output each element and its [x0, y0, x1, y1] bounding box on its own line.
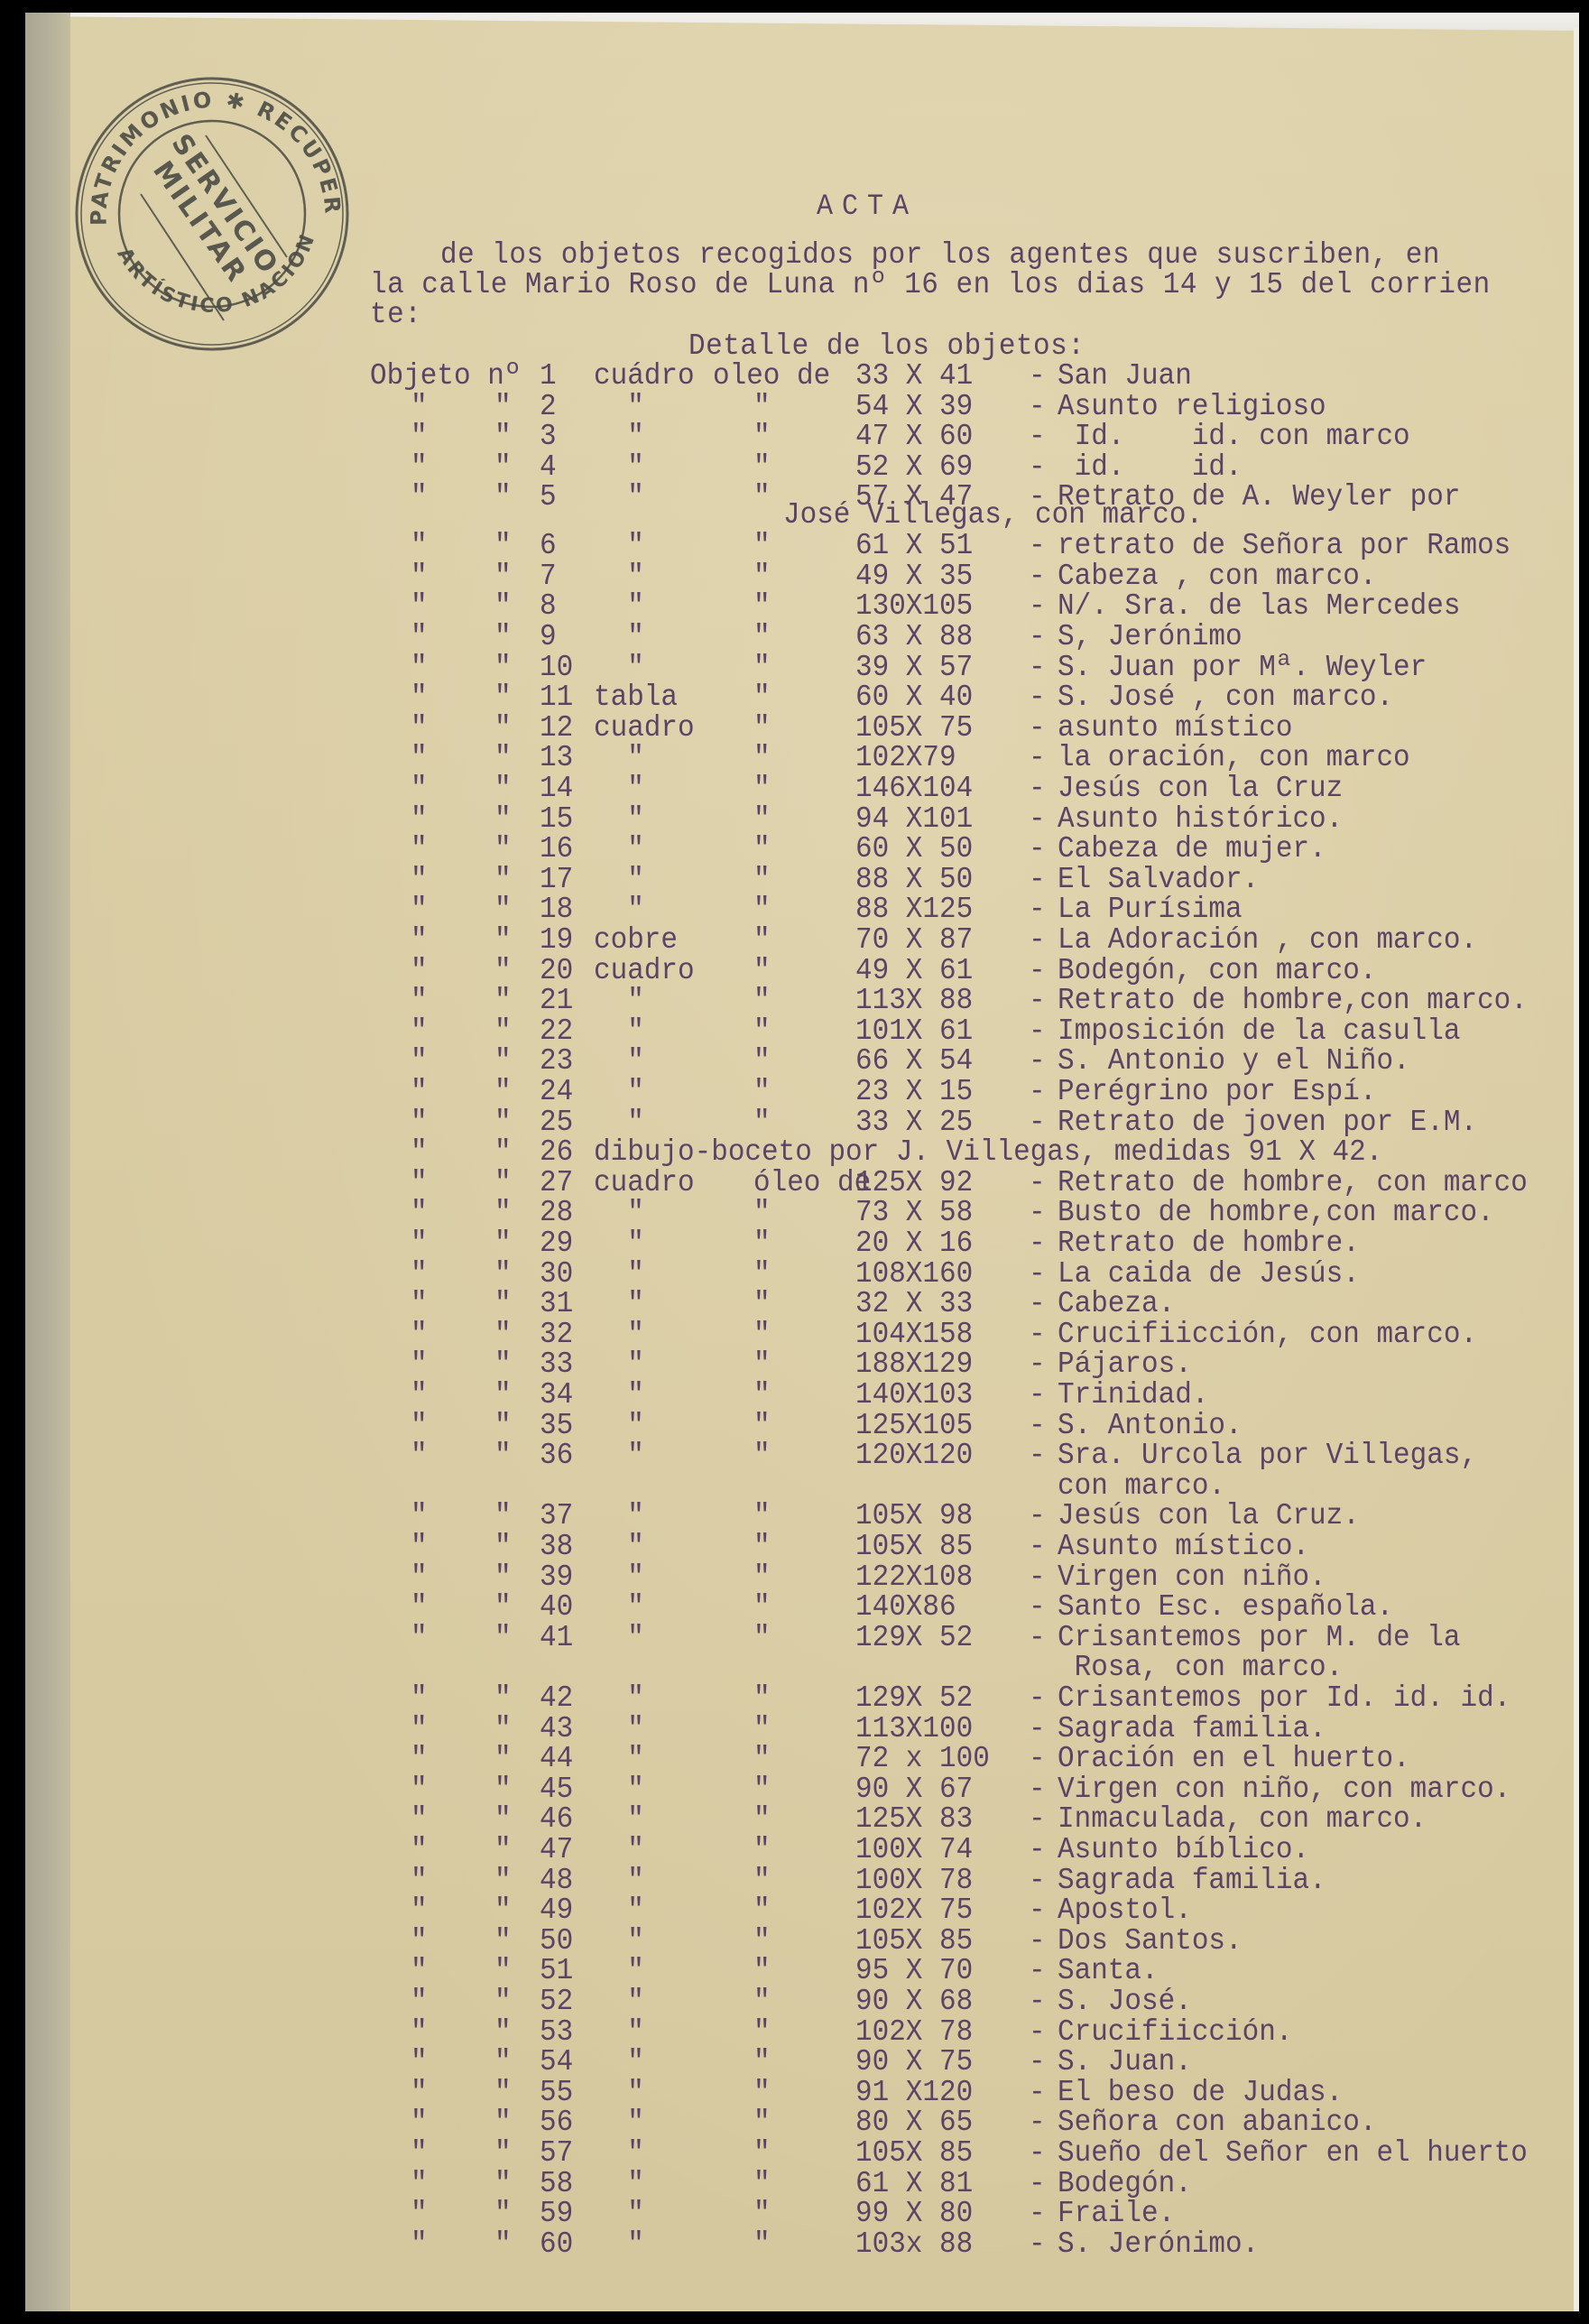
ditto-mark: " [411, 1379, 428, 1412]
item-dimensions: 125X 92 [855, 1167, 973, 1199]
item-description: Perégrino por Espí. [1058, 1076, 1376, 1108]
item-number: 1 [540, 360, 557, 393]
item-description: S. José. [1058, 1986, 1192, 2018]
ditto-mark: " [411, 590, 428, 623]
document-title: ACTA [817, 191, 918, 224]
ditto-mark: " [411, 2046, 428, 2079]
item-description: Cabeza. [1058, 1288, 1175, 1320]
ditto-mark: " [494, 2228, 512, 2261]
item-dimensions: 104X158 [855, 1319, 973, 1351]
ditto-mark: " [411, 1986, 428, 2018]
dash-separator: - [1029, 803, 1046, 836]
ditto-mark: " [411, 1348, 428, 1381]
item-type: " [594, 1379, 644, 1412]
item-description: S. Jerónimo. [1058, 2228, 1259, 2261]
ditto-mark: " [411, 773, 428, 805]
item-number: 44 [540, 1743, 573, 1775]
item-medium: " [753, 1348, 771, 1381]
ditto-mark: " [411, 560, 428, 593]
ditto-mark: " [411, 2137, 428, 2170]
item-medium: " [753, 1834, 771, 1866]
dash-separator: - [1029, 1531, 1046, 1563]
item-description-continuation: Rosa, con marco. [1058, 1652, 1343, 1684]
ditto-mark: " [494, 1622, 512, 1654]
item-medium: " [753, 742, 771, 774]
item-number: 4 [540, 451, 557, 484]
item-type: " [594, 773, 644, 805]
ditto-mark: " [411, 985, 428, 1017]
dash-separator: - [1029, 1622, 1046, 1654]
item-number: 14 [540, 773, 573, 805]
ditto-mark: " [494, 1803, 512, 1836]
item-medium: " [753, 1106, 771, 1139]
item-dimensions: 49 X 61 [855, 955, 973, 987]
item-dimensions: 125X 83 [855, 1803, 973, 1836]
ditto-mark: " [411, 1865, 428, 1897]
ditto-mark: " [494, 833, 512, 866]
item-description: Busto de hombre,con marco. [1058, 1197, 1494, 1229]
ditto-mark: " [494, 621, 512, 653]
ditto-mark: " [411, 1834, 428, 1866]
item-type: cuadro [594, 1167, 695, 1199]
ditto-mark: " [411, 833, 428, 866]
item-type: " [594, 1440, 644, 1472]
item-description: N/. Sra. de las Mercedes [1058, 590, 1460, 623]
list-item: ""42 ""129X 52-Crisantemos por Id. id. i… [0, 1682, 1589, 1713]
item-type: cuádro [594, 360, 695, 393]
item-dimensions: 94 X101 [855, 803, 973, 836]
dash-separator: - [1029, 1682, 1046, 1715]
dash-separator: - [1029, 590, 1046, 623]
item-description: Crucifiicción, con marco. [1058, 1319, 1477, 1351]
dash-separator: - [1029, 1197, 1046, 1229]
item-type: " [594, 1500, 644, 1532]
item-medium: " [753, 864, 771, 896]
dash-separator: - [1029, 360, 1046, 393]
item-number: 26 [540, 1136, 573, 1169]
item-description: Retrato de joven por E.M. [1058, 1106, 1477, 1139]
item-type: " [594, 1743, 644, 1775]
item-type: " [594, 1622, 644, 1654]
item-type: " [594, 833, 644, 866]
ditto-mark: " [411, 712, 428, 745]
ditto-mark: " [494, 421, 512, 453]
intro-line-3: te: [370, 299, 421, 331]
item-type: " [594, 1682, 644, 1715]
item-medium: " [753, 1622, 771, 1654]
item-description: retrato de Señora por Ramos [1058, 530, 1510, 562]
item-full-description: dibujo-boceto por J. Villegas, medidas 9… [594, 1136, 1382, 1169]
item-description: Santo Esc. española. [1058, 1591, 1393, 1624]
item-description: S. Antonio y el Niño. [1058, 1045, 1410, 1078]
ditto-mark: " [411, 451, 428, 484]
item-medium: " [753, 451, 771, 484]
item-number: 36 [540, 1440, 573, 1472]
item-medium: " [753, 1440, 771, 1472]
item-type: cuadro [594, 712, 695, 745]
ditto-mark: " [411, 1136, 428, 1169]
item-description: Cabeza de mujer. [1058, 833, 1326, 866]
dash-separator: - [1029, 773, 1046, 805]
item-dimensions: 105X 85 [855, 2137, 973, 2170]
ditto-mark: " [411, 1106, 428, 1139]
item-type: " [594, 451, 644, 484]
item-number: 60 [540, 2228, 573, 2261]
item-type: " [594, 1076, 644, 1108]
list-item: ""10 ""39 X 57-S. Juan por Mª. Weyler [0, 652, 1589, 682]
list-item: ""55 ""91 X120-El beso de Judas. [0, 2077, 1589, 2107]
list-item: ""25 ""33 X 25-Retrato de joven por E.M. [0, 1106, 1589, 1137]
item-number: 11 [540, 681, 573, 714]
item-description: la oración, con marco [1058, 742, 1410, 774]
dash-separator: - [1029, 1986, 1046, 2018]
item-dimensions: 122X108 [855, 1561, 973, 1594]
item-dimensions: 100X 74 [855, 1834, 973, 1866]
item-type: " [594, 1531, 644, 1563]
list-item: ""14 ""146X104-Jesús con la Cruz [0, 773, 1589, 803]
item-medium: " [753, 1591, 771, 1624]
dash-separator: - [1029, 1106, 1046, 1139]
item-type: " [594, 1227, 644, 1260]
list-item: ""59 ""99 X 80-Fraile. [0, 2198, 1589, 2228]
list-item: ""57 ""105X 85-Sueño del Señor en el hue… [0, 2137, 1589, 2168]
item-dimensions: 90 X 67 [855, 1773, 973, 1806]
item-number: 24 [540, 1076, 573, 1108]
item-dimensions: 113X100 [855, 1713, 973, 1745]
item-type: " [594, 1925, 644, 1958]
ditto-mark: " [494, 1986, 512, 2018]
ditto-mark: " [494, 2016, 512, 2049]
dash-separator: - [1029, 1227, 1046, 1260]
item-dimensions: 100X 78 [855, 1865, 973, 1897]
item-type: " [594, 1258, 644, 1291]
item-number: 41 [540, 1622, 573, 1654]
item-description: Jesús con la Cruz [1058, 773, 1343, 805]
item-dimensions: 105X 85 [855, 1925, 973, 1958]
dash-separator: - [1029, 1925, 1046, 1958]
item-medium: " [753, 421, 771, 453]
item-dimensions: 105X 75 [855, 712, 973, 745]
item-medium: " [753, 1773, 771, 1806]
item-type: " [594, 2228, 644, 2261]
item-number: 56 [540, 2106, 573, 2139]
item-medium: " [753, 924, 771, 957]
item-medium: " [753, 681, 771, 714]
item-dimensions: 61 X 51 [855, 530, 973, 562]
item-number: 13 [540, 742, 573, 774]
item-description: San Juan [1058, 360, 1192, 393]
item-type: " [594, 391, 644, 423]
item-number: 46 [540, 1803, 573, 1836]
item-dimensions: 103x 88 [855, 2228, 973, 2261]
ditto-mark: " [411, 652, 428, 684]
ditto-mark: " [494, 2046, 512, 2079]
item-prefix: Objeto nº [370, 360, 521, 393]
ditto-mark: " [411, 1440, 428, 1472]
ditto-mark: " [411, 1743, 428, 1775]
list-item: ""45 ""90 X 67-Virgen con niño, con marc… [0, 1773, 1589, 1804]
dash-separator: - [1029, 955, 1046, 987]
ditto-mark: " [494, 924, 512, 957]
item-medium: oleo de [713, 360, 830, 393]
item-dimensions: 90 X 75 [855, 2046, 973, 2079]
item-dimensions: 52 X 69 [855, 451, 973, 484]
item-type: " [594, 893, 644, 926]
item-type: " [594, 864, 644, 896]
item-number: 42 [540, 1682, 573, 1715]
ditto-mark: " [411, 1167, 428, 1199]
item-medium: " [753, 1561, 771, 1594]
ditto-mark: " [494, 1713, 512, 1745]
item-medium: " [753, 1925, 771, 1958]
item-type: " [594, 2168, 644, 2200]
ditto-mark: " [494, 1258, 512, 1291]
item-description: Bodegón, con marco. [1058, 955, 1376, 987]
item-dimensions: 95 X 70 [855, 1955, 973, 1987]
ditto-mark: " [494, 773, 512, 805]
dash-separator: - [1029, 1743, 1046, 1775]
item-medium: " [753, 2198, 771, 2230]
list-item: ""46 ""125X 83-Inmaculada, con marco. [0, 1803, 1589, 1834]
item-description: Sagrada familia. [1058, 1713, 1326, 1745]
item-description: asunto místico [1058, 712, 1292, 745]
item-number: 16 [540, 833, 573, 866]
item-dimensions: 108X160 [855, 1258, 973, 1291]
item-description: S. Antonio. [1058, 1410, 1243, 1442]
intro-line-2: la calle Mario Roso de Luna nº 16 en los… [370, 269, 1491, 301]
intro-line-1: de los objetos recogidos por los agentes… [440, 239, 1440, 272]
item-medium: " [753, 530, 771, 562]
list-item: ""16 ""60 X 50-Cabeza de mujer. [0, 833, 1589, 864]
dash-separator: - [1029, 833, 1046, 866]
item-type: " [594, 1713, 644, 1745]
item-description: Virgen con niño. [1058, 1561, 1326, 1594]
list-item: ""49 ""102X 75-Apostol. [0, 1894, 1589, 1925]
item-dimensions: 105X 98 [855, 1500, 973, 1532]
item-number: 43 [540, 1713, 573, 1745]
item-type: " [594, 621, 644, 653]
list-item: ""53 ""102X 78-Crucifiicción. [0, 2016, 1589, 2047]
list-item: ""32 ""104X158-Crucifiicción, con marco. [0, 1319, 1589, 1349]
item-medium: " [753, 1197, 771, 1229]
ditto-mark: " [494, 1167, 512, 1199]
item-medium: " [753, 1894, 771, 1927]
item-description: El Salvador. [1058, 864, 1259, 896]
item-type: " [594, 1288, 644, 1320]
dash-separator: - [1029, 1410, 1046, 1442]
dash-separator: - [1029, 2198, 1046, 2230]
ditto-mark: " [494, 1500, 512, 1532]
dash-separator: - [1029, 2106, 1046, 2139]
dash-separator: - [1029, 2016, 1046, 2049]
item-description: La Purísima [1058, 893, 1243, 926]
list-item: ""38 ""105X 85-Asunto místico. [0, 1531, 1589, 1561]
item-dimensions: 99 X 80 [855, 2198, 973, 2230]
item-description: Crucifiicción. [1058, 2016, 1292, 2049]
dash-separator: - [1029, 1834, 1046, 1866]
item-medium: " [753, 1531, 771, 1563]
ditto-mark: " [411, 621, 428, 653]
ditto-mark: " [494, 1682, 512, 1715]
dash-separator: - [1029, 2168, 1046, 2200]
dash-separator: - [1029, 1500, 1046, 1532]
item-description: S. Juan por Mª. Weyler [1058, 652, 1427, 684]
list-item: ""48 ""100X 78-Sagrada familia. [0, 1865, 1589, 1895]
item-medium: " [753, 2046, 771, 2079]
item-number: 39 [540, 1561, 573, 1594]
list-item: ""8 ""130X105-N/. Sra. de las Mercedes [0, 590, 1589, 621]
item-description-continuation: José Villegas, con marco. [783, 499, 1203, 532]
ditto-mark: " [411, 803, 428, 836]
ditto-mark: " [411, 924, 428, 957]
ditto-mark: " [411, 1288, 428, 1320]
dash-separator: - [1029, 1015, 1046, 1048]
ditto-mark: " [411, 1410, 428, 1442]
ditto-mark: " [411, 1531, 428, 1563]
item-number: 3 [540, 421, 557, 453]
item-dimensions: 188X129 [855, 1348, 973, 1381]
item-description: Pájaros. [1058, 1348, 1192, 1381]
item-type: " [594, 1986, 644, 2018]
item-medium: " [753, 1500, 771, 1532]
item-dimensions: 39 X 57 [855, 652, 973, 684]
item-type: " [594, 1045, 644, 1078]
dash-separator: - [1029, 1319, 1046, 1351]
item-number: 58 [540, 2168, 573, 2200]
ditto-mark: " [494, 893, 512, 926]
ditto-mark: " [494, 1561, 512, 1594]
dash-separator: - [1029, 652, 1046, 684]
ditto-mark: " [411, 2228, 428, 2261]
item-type: " [594, 590, 644, 623]
list-item: ""39 ""122X108-Virgen con niño. [0, 1561, 1589, 1592]
list-item: ""20cuadro"49 X 61-Bodegón, con marco. [0, 955, 1589, 986]
item-medium: " [753, 2168, 771, 2200]
dash-separator: - [1029, 1591, 1046, 1624]
item-type: " [594, 1865, 644, 1897]
item-description: La caida de Jesús. [1058, 1258, 1360, 1291]
item-medium: " [753, 955, 771, 987]
item-medium: " [753, 773, 771, 805]
list-item: ""12cuadro"105X 75-asunto místico [0, 712, 1589, 743]
list-item: ""6 ""61 X 51-retrato de Señora por Ramo… [0, 530, 1589, 560]
item-description: Imposición de la casulla [1058, 1015, 1460, 1048]
item-medium: " [753, 391, 771, 423]
list-item: ""60 ""103x 88-S. Jerónimo. [0, 2228, 1589, 2259]
dash-separator: - [1029, 893, 1046, 926]
ditto-mark: " [494, 2168, 512, 2200]
item-medium: " [753, 2137, 771, 2170]
item-number: 55 [540, 2077, 573, 2109]
item-dimensions: 140X86 [855, 1591, 956, 1624]
item-medium: " [753, 2228, 771, 2261]
item-dimensions: 63 X 88 [855, 621, 973, 653]
item-number: 57 [540, 2137, 573, 2170]
ditto-mark: " [411, 1682, 428, 1715]
ditto-mark: " [411, 893, 428, 926]
list-item: ""15 ""94 X101-Asunto histórico. [0, 803, 1589, 834]
item-type: " [594, 1410, 644, 1442]
item-number: 37 [540, 1500, 573, 1532]
ditto-mark: " [494, 391, 512, 423]
item-medium: " [753, 1015, 771, 1048]
dash-separator: - [1029, 2228, 1046, 2261]
list-item: ""3 ""47 X 60- Id. id. con marco [0, 421, 1589, 451]
item-dimensions: 90 X 68 [855, 1986, 973, 2018]
dash-separator: - [1029, 451, 1046, 484]
item-type: " [594, 2137, 644, 2170]
item-medium: " [753, 803, 771, 836]
item-type: tabla [594, 681, 678, 714]
dash-separator: - [1029, 1713, 1046, 1745]
item-number: 45 [540, 1773, 573, 1806]
list-item: ""26dibujo-boceto por J. Villegas, medid… [0, 1136, 1589, 1167]
item-number: 6 [540, 530, 557, 562]
dash-separator: - [1029, 560, 1046, 593]
item-description: Oración en el huerto. [1058, 1743, 1410, 1775]
dash-separator: - [1029, 712, 1046, 745]
item-number: 34 [540, 1379, 573, 1412]
dash-separator: - [1029, 391, 1046, 423]
item-dimensions: 105X 85 [855, 1531, 973, 1563]
dash-separator: - [1029, 1865, 1046, 1897]
ditto-mark: " [494, 1076, 512, 1108]
item-medium: " [753, 1076, 771, 1108]
item-description: Id. id. con marco [1058, 421, 1410, 453]
ditto-mark: " [494, 1319, 512, 1351]
list-item: ""11tabla"60 X 40-S. José , con marco. [0, 681, 1589, 712]
ditto-mark: " [494, 1531, 512, 1563]
item-medium: " [753, 1258, 771, 1291]
ditto-mark: " [494, 590, 512, 623]
ditto-mark: " [411, 1773, 428, 1806]
list-item: ""36 ""120X120-Sra. Urcola por Villegas, [0, 1440, 1589, 1470]
ditto-mark: " [494, 1834, 512, 1866]
item-description: Fraile. [1058, 2198, 1175, 2230]
ditto-mark: " [411, 2198, 428, 2230]
dash-separator: - [1029, 2077, 1046, 2109]
item-description: S. José , con marco. [1058, 681, 1393, 714]
item-type: " [594, 2046, 644, 2079]
item-dimensions: 23 X 15 [855, 1076, 973, 1108]
ditto-mark: " [494, 742, 512, 774]
item-number: 52 [540, 1986, 573, 2018]
item-number: 30 [540, 1258, 573, 1291]
item-description: Retrato de hombre, con marco [1058, 1167, 1528, 1199]
item-number: 28 [540, 1197, 573, 1229]
item-type: " [594, 530, 644, 562]
ditto-mark: " [411, 1955, 428, 1987]
list-item: ""41 ""129X 52-Crisantemos por M. de la [0, 1622, 1589, 1653]
ditto-mark: " [411, 1500, 428, 1532]
item-medium: " [753, 1410, 771, 1442]
list-item: ""30 ""108X160-La caida de Jesús. [0, 1258, 1589, 1289]
dash-separator: - [1029, 1561, 1046, 1594]
item-dimensions: 88 X 50 [855, 864, 973, 896]
dash-separator: - [1029, 2137, 1046, 2170]
item-number: 8 [540, 590, 557, 623]
item-type: " [594, 1773, 644, 1806]
dash-separator: - [1029, 1803, 1046, 1836]
ditto-mark: " [411, 1894, 428, 1927]
item-medium: " [753, 2016, 771, 2049]
list-item: ""22 ""101X 61-Imposición de la casulla [0, 1015, 1589, 1046]
dash-separator: - [1029, 864, 1046, 896]
item-description: S, Jerónimo [1058, 621, 1243, 653]
item-medium: " [753, 2106, 771, 2139]
item-description: Crisantemos por M. de la [1058, 1622, 1460, 1654]
ditto-mark: " [494, 560, 512, 593]
